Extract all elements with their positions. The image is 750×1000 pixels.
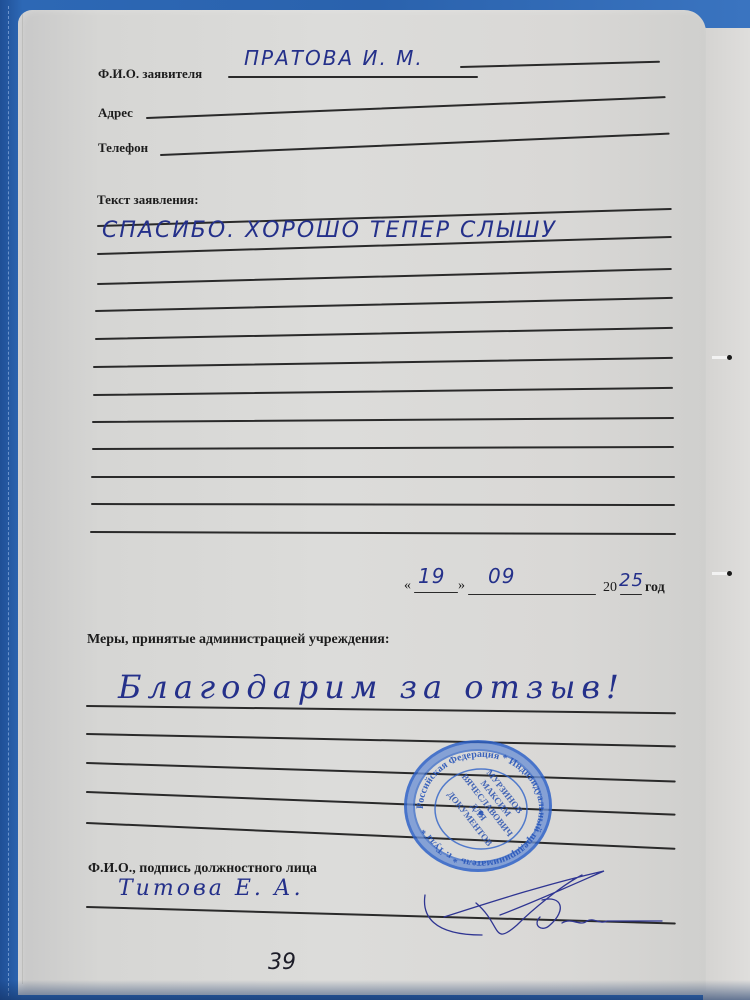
date-month[interactable]: 09 xyxy=(488,564,515,588)
statement-line xyxy=(91,476,675,478)
applicant-name-value[interactable]: Пратова И. М. xyxy=(244,46,424,70)
folder-bottom-edge xyxy=(0,980,750,1000)
address-label: Адрес xyxy=(98,105,133,121)
date-day[interactable]: 19 xyxy=(418,564,445,588)
measures-value[interactable]: Благодарим за отзыв! xyxy=(118,668,625,706)
folder-stitching xyxy=(8,6,14,996)
applicant-name-label: Ф.И.О. заявителя xyxy=(98,66,202,82)
measures-label: Меры, принятые администрацией учреждения… xyxy=(87,632,390,648)
statement-label: Текст заявления: xyxy=(97,192,199,208)
official-signature xyxy=(422,855,672,955)
statement-value[interactable]: Спасибо. Хорошо тепер слышу xyxy=(102,218,557,243)
page-number: 39 xyxy=(268,950,296,975)
binder-staple xyxy=(712,572,728,575)
official-name-value[interactable]: Титова Е. А. xyxy=(118,876,304,901)
phone-label: Телефон xyxy=(98,140,148,156)
date-year-word: год xyxy=(645,580,665,596)
official-label: Ф.И.О., подпись должностного лица xyxy=(88,861,317,877)
date-year-prefix: 20 xyxy=(603,580,617,596)
facing-page xyxy=(703,28,750,1000)
date-year-suffix[interactable]: 25 xyxy=(619,570,644,591)
date-month-underline xyxy=(468,594,596,595)
date-day-underline xyxy=(414,592,458,593)
applicant-name-underline xyxy=(228,76,478,78)
date-year-underline xyxy=(620,594,642,595)
page-stack-edge xyxy=(22,14,32,984)
official-stamp: Российская Федерация * Индивидуальный пр… xyxy=(404,740,552,872)
binder-staple xyxy=(712,356,728,359)
date-close-quote: » xyxy=(458,578,465,594)
date-open-quote: « xyxy=(404,578,411,594)
